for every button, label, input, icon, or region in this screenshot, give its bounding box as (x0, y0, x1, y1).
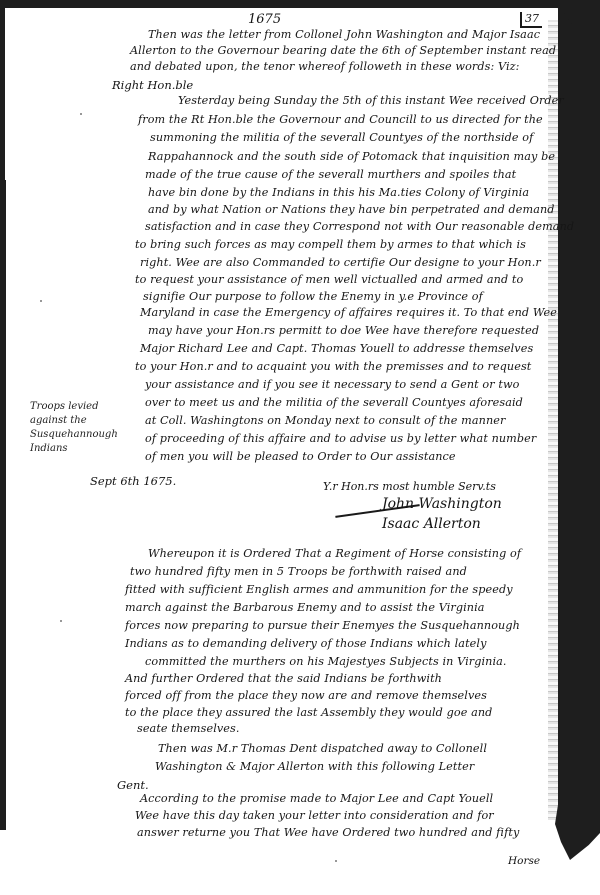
text-line: Major Richard Lee and Capt. Thomas Youel… (140, 342, 533, 356)
signature-allerton: Isaac Allerton (382, 516, 481, 532)
text-line: Rappahannock and the south side of Potom… (148, 150, 555, 164)
catchword: Horse (508, 855, 540, 867)
text-line: Indians as to demanding delivery of thos… (125, 637, 487, 651)
text-line: Then was M.r Thomas Dent dispatched away… (158, 742, 487, 756)
text-line: and by what Nation or Nations they have … (148, 203, 555, 217)
text-line: to request your assistance of men well v… (135, 273, 523, 287)
text-line: to the place they assured the last Assem… (125, 706, 492, 720)
text-line: made of the true cause of the severall m… (145, 168, 516, 182)
text-line: signifie Our purpose to follow the Enemy… (143, 290, 483, 304)
text-line: answer returne you That Wee have Ordered… (137, 826, 519, 840)
text-line: have bin done by the Indians in this his… (148, 186, 529, 200)
text-line: at Coll. Washingtons on Monday next to c… (145, 414, 505, 428)
salutation: Right Hon.ble (112, 78, 193, 92)
text-line: and debated upon, the tenor whereof foll… (130, 60, 520, 74)
text-line: to your Hon.r and to acquaint you with t… (135, 360, 531, 374)
signature-washington: John Washington (382, 496, 502, 512)
gent-salutation: Gent. (117, 778, 149, 792)
scan-border-right-bottom (525, 800, 600, 860)
scan-border-top (0, 0, 560, 8)
margin-note-line: Susquehannough (30, 428, 118, 442)
manuscript-page: 1675 37 Then was the letter from Collone… (0, 0, 600, 895)
text-line: summoning the militia of the severall Co… (150, 131, 533, 145)
text-line: Yesterday being Sunday the 5th of this i… (178, 94, 564, 108)
text-line: seate themselves. (137, 722, 240, 736)
margin-note-line: Troops levied (30, 400, 118, 414)
text-line: your assistance and if you see it necess… (145, 378, 519, 392)
year-heading: 1675 (248, 12, 281, 27)
letter-closing: Y.r Hon.rs most humble Serv.ts (323, 480, 496, 493)
scan-speck (60, 620, 62, 622)
text-line: Wee have this day taken your letter into… (135, 809, 494, 823)
date-note: Sept 6th 1675. (90, 474, 176, 488)
margin-note-line: Indians (30, 442, 118, 456)
text-line: forces now preparing to pursue their Ene… (125, 619, 520, 633)
text-line: Allerton to the Governour bearing date t… (130, 44, 556, 58)
text-line: from the Rt Hon.ble the Governour and Co… (138, 113, 543, 127)
page-number: 37 (520, 12, 542, 28)
margin-note: Troops levied against the Susquehannough… (30, 400, 118, 456)
text-line: And further Ordered that the said Indian… (125, 672, 442, 686)
text-line: committed the murthers on his Majestyes … (145, 655, 507, 669)
text-line: of proceeding of this affaire and to adv… (145, 432, 536, 446)
text-line: two hundred fifty men in 5 Troops be for… (130, 565, 467, 579)
scan-speck (40, 300, 42, 302)
text-line: Washington & Major Allerton with this fo… (155, 760, 474, 774)
text-line: fitted with sufficient English armes and… (125, 583, 513, 597)
text-line: right. Wee are also Commanded to certifi… (140, 256, 541, 270)
text-line: Then was the letter from Collonel John W… (148, 28, 540, 42)
margin-note-line: against the (30, 414, 118, 428)
text-line: forced off from the place they now are a… (125, 689, 487, 703)
text-line: Whereupon it is Ordered That a Regiment … (148, 547, 521, 561)
text-line: satisfaction and in case they Correspond… (145, 220, 574, 234)
scan-border-right (558, 0, 600, 830)
scan-speck (335, 860, 337, 862)
text-line: may have your Hon.rs permitt to doe Wee … (148, 324, 539, 338)
text-line: to bring such forces as may compell them… (135, 238, 526, 252)
text-line: Maryland in case the Emergency of affair… (140, 306, 557, 320)
text-line: over to meet us and the militia of the s… (145, 396, 523, 410)
scan-speck (80, 113, 82, 115)
text-line: According to the promise made to Major L… (140, 792, 493, 806)
text-line: of men you will be pleased to Order to O… (145, 450, 456, 464)
text-line: march against the Barbarous Enemy and to… (125, 601, 485, 615)
scan-border-left-lower (0, 180, 6, 830)
